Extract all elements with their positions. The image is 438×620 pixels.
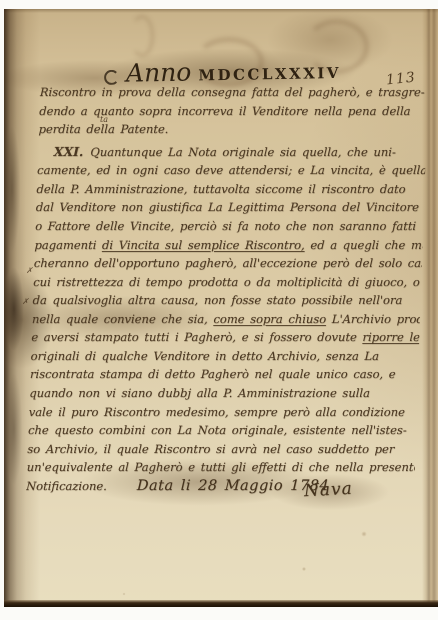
line-text: ed a quegli che man- <box>305 238 423 252</box>
signature: Nava <box>304 479 354 502</box>
underlined-text: come sopra chiuso <box>213 312 326 326</box>
line-text: originali di qualche Venditore in detto … <box>30 349 379 363</box>
manuscript-line: che questo combini con La Nota originale… <box>28 421 417 440</box>
section-number: XXI. <box>54 144 84 159</box>
line-text: riscontrata stampa di detto Pagherò nel … <box>30 367 396 381</box>
line-text: cui ristrettezza di tempo prodotta o da … <box>33 275 420 289</box>
manuscript-line: dal Venditore non giustifica La Legittim… <box>36 198 425 217</box>
line-text: L'Archivio prodotto <box>326 312 420 326</box>
manuscript-line: dendo a quanto sopra incorreva il Vendit… <box>39 102 428 121</box>
line-text: o Fattore delle Vincite, perciò si fa no… <box>35 219 416 233</box>
margin-mark: ✗ <box>26 266 33 275</box>
manuscript-line: cheranno dell'opportuno pagherò, all'ecc… <box>34 254 423 273</box>
line-text: Quantunque La Nota originale sia quella,… <box>90 145 396 159</box>
line-text: che questo combini con La Nota originale… <box>28 423 407 437</box>
manuscript-line: cui ristrettezza di tempo prodotta o da … <box>33 273 422 292</box>
line-text: della P. Amministrazione, tuttavolta sic… <box>36 182 406 196</box>
manuscript-line: perdita della Patente. <box>38 120 427 139</box>
line-text: dendo a quanto sopra incorreva il Vendit… <box>39 104 411 118</box>
line-text: nella quale conviene che sia, <box>32 312 214 326</box>
manuscript-line: quando non vi siano dubbj alla P. Ammini… <box>29 384 418 403</box>
line-text: cheranno dell'opportuno pagherò, all'ecc… <box>34 256 423 270</box>
line-text: da qualsivoglia altra causa, non fosse s… <box>32 293 402 307</box>
manuscript-line: da qualsivoglia altra causa, non fosse s… <box>32 291 421 310</box>
manuscript-line: o Fattore delle Vincite, perciò si fa no… <box>35 217 424 236</box>
manuscript-line: nella quale conviene che sia, come sopra… <box>32 310 421 329</box>
line-text: vale il puro Riscontro medesimo, sempre … <box>28 405 405 419</box>
line-text: Riscontro in prova della consegna fatta … <box>40 85 425 99</box>
manuscript-line: Riscontro in prova della consegna fatta … <box>40 83 429 102</box>
line-text: camente, ed in ogni caso deve attendersi… <box>37 163 426 177</box>
ink-bleedthrough-flourish <box>130 15 154 57</box>
line-text: pagamenti <box>34 238 102 252</box>
line-text: so Archivio, il quale Riscontro si avrà … <box>27 442 394 456</box>
manuscript-line: vale il puro Riscontro medesimo, sempre … <box>28 403 417 422</box>
manuscript-line: camente, ed in ogni caso deve attendersi… <box>37 161 426 180</box>
underlined-text: di Vincita sul semplice Riscontro, <box>102 238 305 252</box>
margin-mark: ✗ <box>22 297 29 306</box>
page-bottom-edge <box>4 600 438 607</box>
heading-roman-year: MDCCLXXXIV <box>198 64 341 84</box>
manuscript-page: Anno MDCCLXXXIV 113 ta ✗ ✗ Riscontro in … <box>4 9 438 607</box>
page-top-edge <box>4 9 438 13</box>
line-text: e aversi stampato tutti i Pagherò, e si … <box>31 330 363 344</box>
line-text: Notificazione. <box>26 479 107 493</box>
manuscript-line: un'equivalente al Pagherò e tutti gli ef… <box>26 458 415 477</box>
manuscript-text-block: Riscontro in prova della consegna fatta … <box>26 83 428 495</box>
manuscript-line: pagamenti di Vincita sul semplice Riscon… <box>34 236 423 255</box>
line-text: quando non vi siano dubbj alla P. Ammini… <box>29 386 370 400</box>
line-text: perdita della Patente. <box>38 122 168 136</box>
scanned-manuscript-image: Anno MDCCLXXXIV 113 ta ✗ ✗ Riscontro in … <box>0 0 438 620</box>
manuscript-line: originali di qualche Venditore in detto … <box>30 347 419 366</box>
line-text: dal Venditore non giustifica La Legittim… <box>36 200 420 214</box>
line-text: un'equivalente al Pagherò e tutti gli ef… <box>27 460 416 474</box>
manuscript-line-closing: Notificazione.Data li 28 Maggio 1784 <box>26 477 415 496</box>
manuscript-line-section-xxi: XXI.Quantunque La Nota originale sia que… <box>37 143 426 162</box>
manuscript-line: e aversi stampato tutti i Pagherò, e si … <box>31 328 420 347</box>
manuscript-line: della P. Amministrazione, tuttavolta sic… <box>36 180 425 199</box>
manuscript-line: riscontrata stampa di detto Pagherò nel … <box>30 365 419 384</box>
manuscript-line: so Archivio, il quale Riscontro si avrà … <box>27 440 416 459</box>
underlined-text: riporre le Note <box>362 330 419 344</box>
date-text: Data li 28 Maggio 1784 <box>137 478 330 494</box>
